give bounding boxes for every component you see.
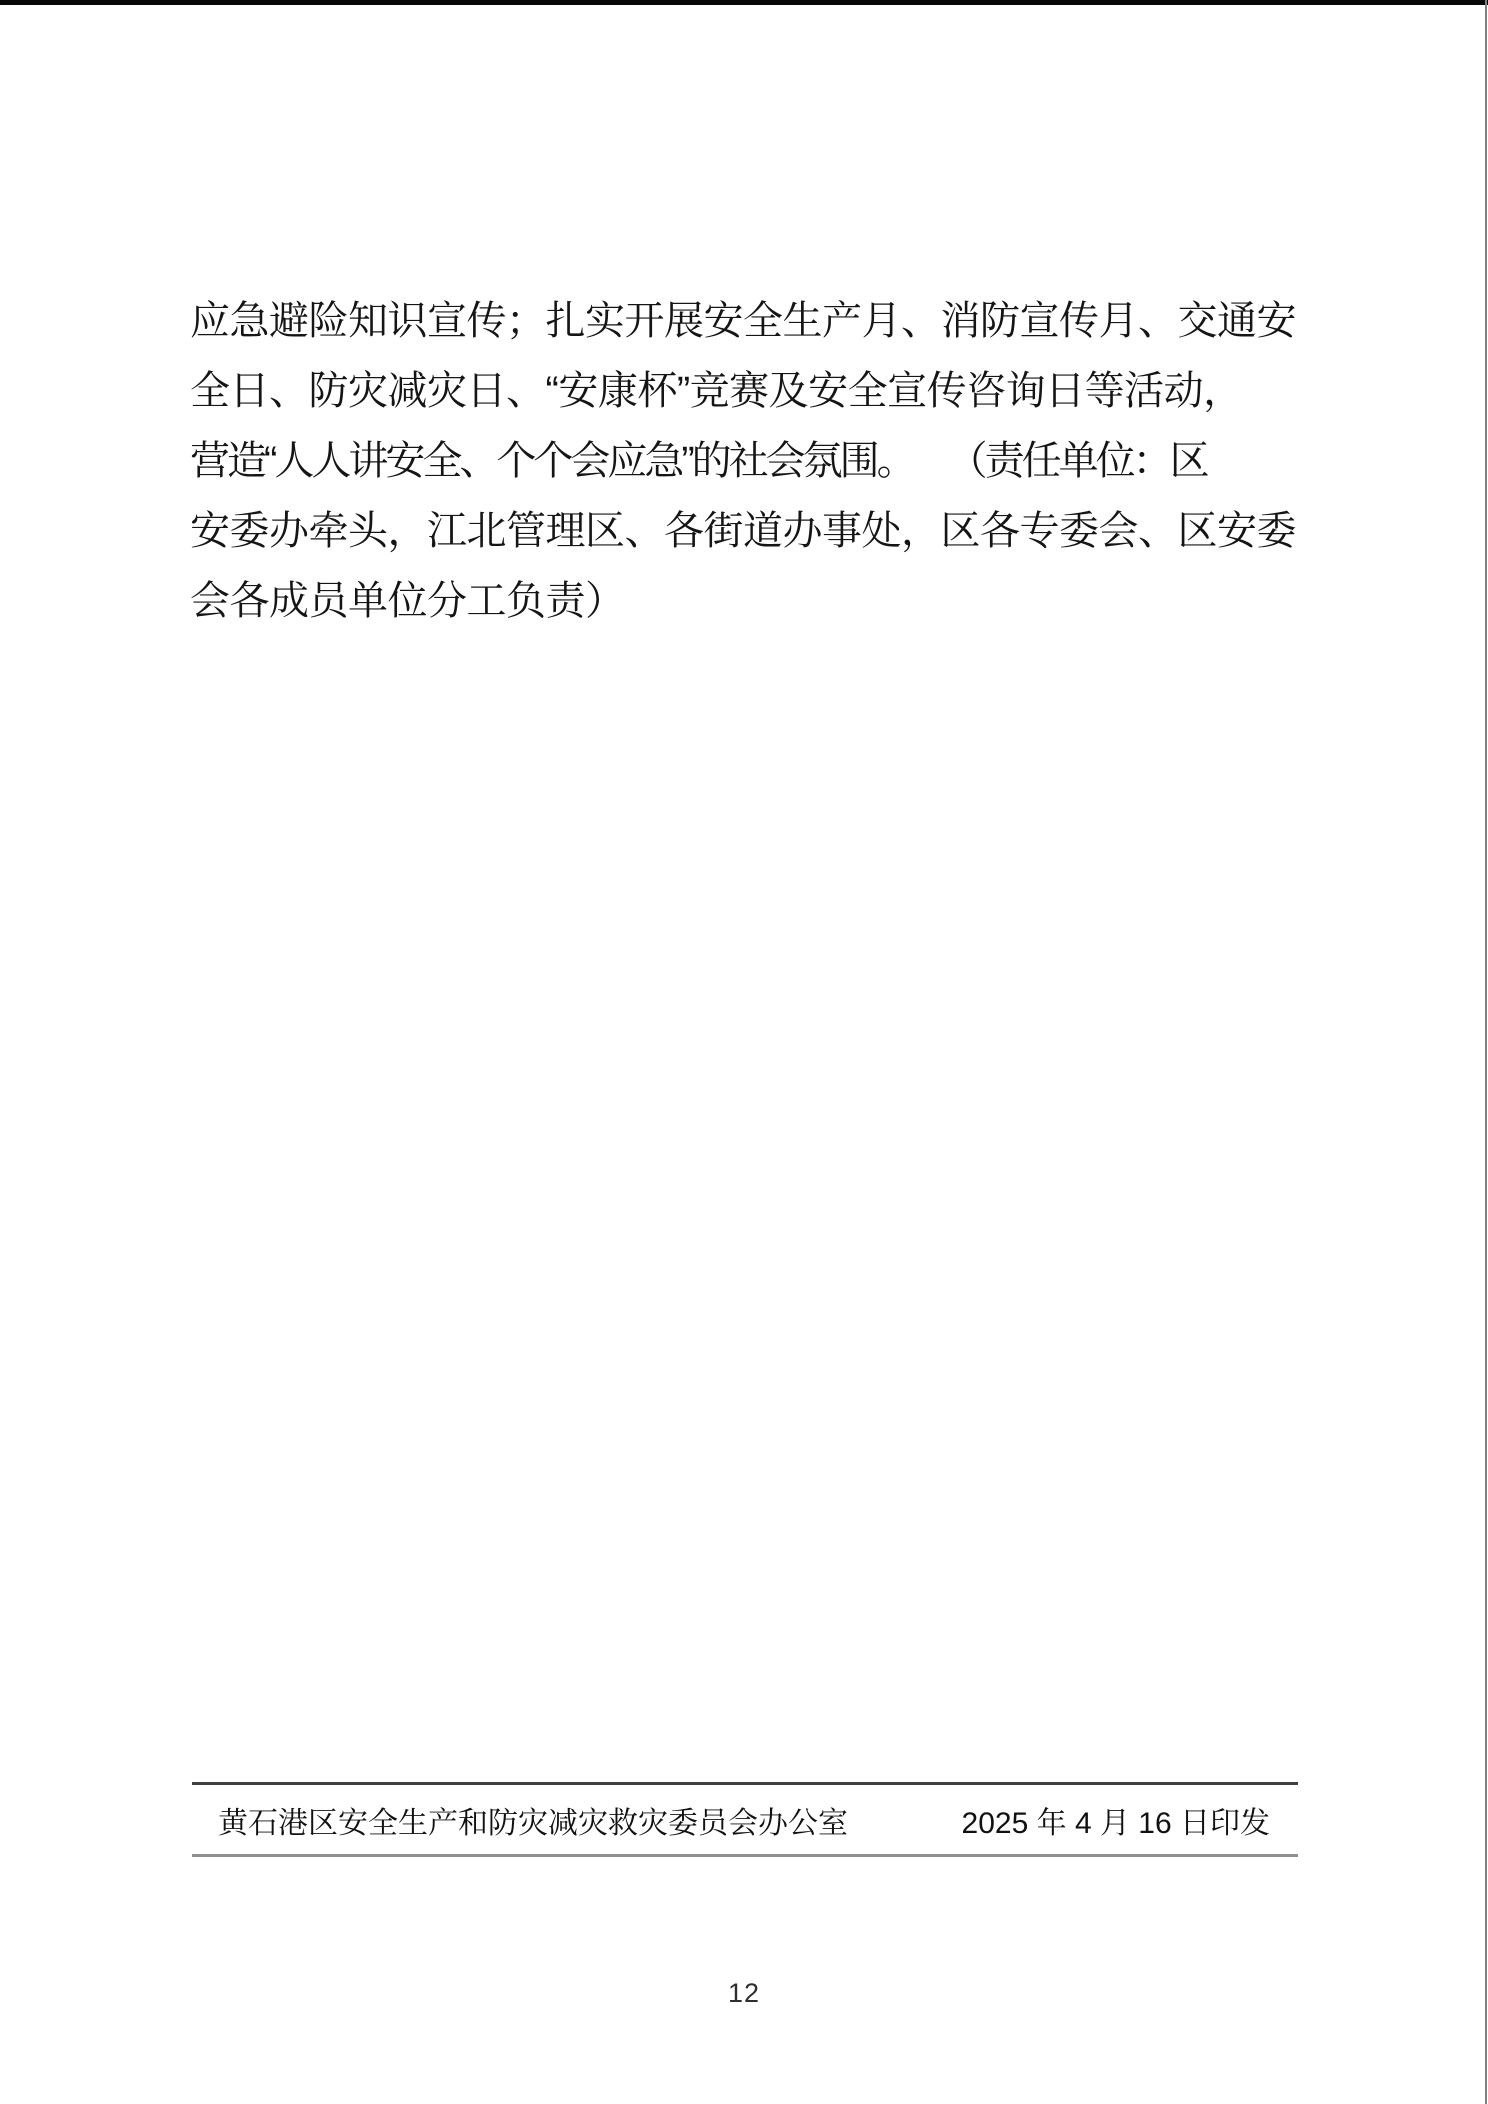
paragraph-line-3: 营造“人人讲安全、个个会应急”的社会氛围。 （责任单位：区 bbox=[190, 426, 1298, 496]
paragraph-line-5: 会各成员单位分工负责） bbox=[190, 566, 1298, 636]
footer-print-date: 2025 年 4 月 16 日印发 bbox=[962, 1798, 1270, 1842]
paragraph-line-4: 安委办牵头，江北管理区、各街道办事处，区各专委会、区安委 bbox=[190, 496, 1298, 566]
paragraph-line-1: 应急避险知识宣传；扎实开展安全生产月、消防宣传月、交通安 bbox=[190, 286, 1298, 356]
page-number: 12 bbox=[0, 1978, 1488, 2009]
scan-edge-right bbox=[1485, 0, 1487, 2104]
paragraph-line-2: 全日、防灾减灾日、“安康杯”竞赛及安全宣传咨询日等活动， bbox=[190, 356, 1298, 426]
scan-edge-top bbox=[0, 0, 1488, 5]
footer-issuer: 黄石港区安全生产和防灾减灾救灾委员会办公室 bbox=[218, 1798, 848, 1842]
footer-imprint-bar: 黄石港区安全生产和防灾减灾救灾委员会办公室 2025 年 4 月 16 日印发 bbox=[192, 1782, 1298, 1857]
document-page: 应急避险知识宣传；扎实开展安全生产月、消防宣传月、交通安 全日、防灾减灾日、“安… bbox=[0, 0, 1488, 2104]
body-paragraph: 应急避险知识宣传；扎实开展安全生产月、消防宣传月、交通安 全日、防灾减灾日、“安… bbox=[190, 286, 1298, 636]
